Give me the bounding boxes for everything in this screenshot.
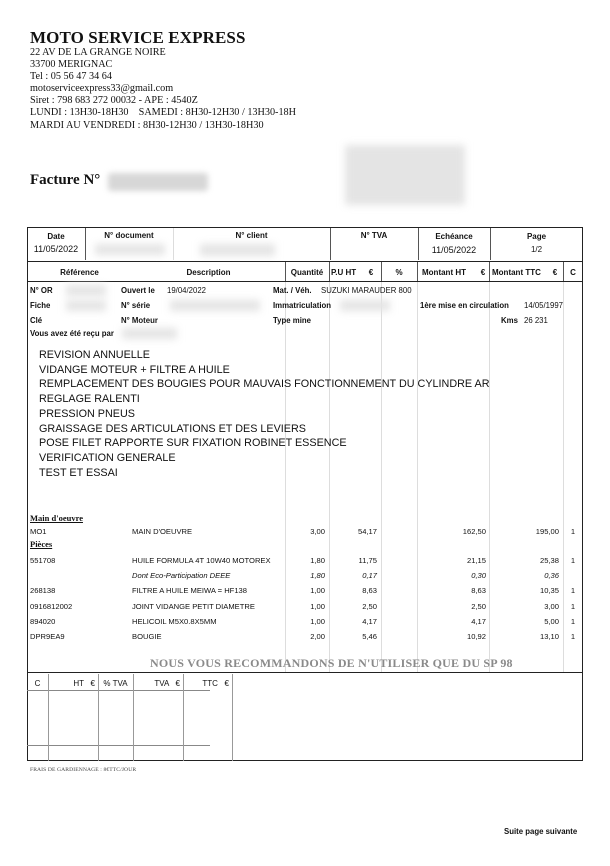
item-amount-ht: 4,17 (417, 617, 486, 626)
table-row: 551708HUILE FORMULA 4T 10W40 MOTOREX1,80… (0, 556, 610, 569)
item-quantity: 2,00 (285, 632, 325, 641)
item-c: 1 (563, 527, 583, 536)
item-amount-ttc: 3,00 (489, 602, 559, 611)
due-date-value: 11/05/2022 (418, 245, 490, 255)
item-quantity: 1,00 (285, 617, 325, 626)
item-unit-price: 5,46 (329, 632, 377, 641)
kms-value: 26 231 (524, 316, 548, 325)
item-quantity: 1,00 (285, 586, 325, 595)
item-c: 1 (563, 617, 583, 626)
redacted-registration (340, 300, 390, 311)
col-quantity: Quantité (285, 268, 329, 277)
type-mine-label: Type mine (273, 316, 311, 325)
sheet-label: Fiche (30, 301, 50, 310)
table-row: Dont Eco-Participation DEEE1,800,170,300… (0, 571, 610, 584)
company-name: MOTO SERVICE EXPRESS (30, 28, 246, 48)
work-line: PRESSION PNEUS (39, 407, 490, 422)
company-siret: Siret : 798 683 272 00032 - APE : 4540Z (30, 95, 296, 107)
opened-label: Ouvert le (121, 286, 155, 295)
item-c: 1 (563, 602, 583, 611)
item-description: FILTRE A HUILE MEIWA = HF138 (132, 586, 282, 595)
company-phone: Tel : 05 56 47 34 64 (30, 71, 296, 83)
item-unit-price: 2,50 (329, 602, 377, 611)
item-amount-ttc: 10,35 (489, 586, 559, 595)
item-reference: MO1 (30, 527, 120, 536)
or-number-label: N° OR (30, 286, 53, 295)
date-label: Date (27, 232, 85, 241)
totals-col-pct-tva: % TVA (98, 679, 133, 688)
col-percent: % (381, 268, 417, 277)
item-description: JOINT VIDANGE PETIT DIAMETRE (132, 602, 282, 611)
table-row: 268138FILTRE A HUILE MEIWA = HF1381,008,… (0, 586, 610, 599)
table-row: 0916812002JOINT VIDANGE PETIT DIAMETRE1,… (0, 602, 610, 615)
col-amount-ht-currency: € (478, 268, 488, 277)
totals-col-c: C (27, 679, 48, 688)
item-amount-ttc: 13,10 (489, 632, 559, 641)
document-number-label: N° document (85, 231, 173, 240)
work-line: REMPLACEMENT DES BOUGIES POUR MAUVAIS FO… (39, 377, 490, 392)
item-c: 1 (563, 556, 583, 565)
client-number-label: N° client (173, 231, 330, 240)
redacted-or-number (66, 285, 106, 296)
totals-col-ht: HT € (48, 679, 95, 688)
table-row: 894020HELICOIL M5X0.8X5MM1,004,174,175,0… (0, 617, 610, 630)
work-description: REVISION ANNUELLE VIDANGE MOTEUR + FILTR… (39, 348, 490, 480)
item-quantity: 1,00 (285, 602, 325, 611)
item-amount-ht: 162,50 (417, 527, 486, 536)
col-description: Description (132, 268, 285, 277)
item-unit-price: 11,75 (329, 556, 377, 565)
item-reference: 551708 (30, 556, 120, 565)
item-amount-ht: 2,50 (417, 602, 486, 611)
company-hours-1: LUNDI : 13H30-18H30 SAMEDI : 8H30-12H30 … (30, 107, 296, 119)
work-line: GRAISSAGE DES ARTICULATIONS ET DES LEVIE… (39, 422, 490, 437)
item-amount-ht: 8,63 (417, 586, 486, 595)
col-c: C (563, 268, 583, 277)
item-amount-ttc: 195,00 (489, 527, 559, 536)
col-amount-ttc: Montant TTC (492, 268, 550, 277)
redacted-invoice-number (108, 173, 208, 191)
registration-label: Immatriculation (273, 301, 331, 310)
col-amount-ttc-currency: € (550, 268, 560, 277)
redacted-customer-address (345, 145, 465, 205)
work-line: REGLAGE RALENTI (39, 392, 490, 407)
item-description: MAIN D'OEUVRE (132, 527, 282, 536)
item-amount-ht: 0,30 (417, 571, 486, 580)
item-quantity: 1,80 (285, 556, 325, 565)
item-reference: 894020 (30, 617, 120, 626)
item-description: Dont Eco-Participation DEEE (132, 571, 282, 580)
col-amount-ht: Montant HT (422, 268, 477, 277)
parts-section-title: Pièces (30, 539, 52, 549)
opened-value: 19/04/2022 (167, 286, 206, 295)
company-email: motoserviceexpress33@gmail.com (30, 83, 296, 95)
item-description: BOUGIE (132, 632, 282, 641)
item-amount-ttc: 25,38 (489, 556, 559, 565)
item-amount-ht: 10,92 (417, 632, 486, 641)
work-line: TEST ET ESSAI (39, 466, 490, 481)
totals-col-ttc: TTC € (183, 679, 229, 688)
work-line: VIDANGE MOTEUR + FILTRE A HUILE (39, 363, 490, 378)
item-amount-ht: 21,15 (417, 556, 486, 565)
item-description: HUILE FORMULA 4T 10W40 MOTOREX (132, 556, 282, 565)
item-reference: DPR9EA9 (30, 632, 120, 641)
col-unit-price-currency: € (364, 268, 378, 277)
redacted-document-number (95, 244, 165, 255)
table-row: MO1MAIN D'OEUVRE3,0054,17162,50195,001 (0, 527, 610, 540)
col-unit-price: P.U HT (331, 268, 361, 277)
fuel-recommendation: NOUS VOUS RECOMMANDONS DE N'UTILISER QUE… (150, 656, 513, 671)
storage-fee-note: FRAIS DE GARDIENNAGE : 8€TTC/JOUR (30, 767, 136, 773)
vehicle-value: SUZUKI MARAUDER 800 (321, 286, 412, 295)
item-description: HELICOIL M5X0.8X5MM (132, 617, 282, 626)
company-address-line1: 22 AV DE LA GRANGE NOIRE (30, 47, 296, 59)
vehicle-label: Mat. / Véh. (273, 286, 312, 295)
serial-number-label: N° série (121, 301, 150, 310)
labor-section-title: Main d'oeuvre (30, 513, 83, 523)
redacted-serial-number (170, 300, 260, 311)
item-quantity: 3,00 (285, 527, 325, 536)
vat-number-label: N° TVA (330, 231, 418, 240)
item-reference: 0916812002 (30, 602, 120, 611)
work-line: POSE FILET RAPPORTE SUR FIXATION ROBINET… (39, 436, 490, 451)
page-label: Page (490, 232, 583, 241)
totals-col-tva: TVA € (133, 679, 180, 688)
item-reference: 268138 (30, 586, 120, 595)
col-reference: Référence (27, 268, 132, 277)
item-unit-price: 0,17 (329, 571, 377, 580)
invoice-title: Facture N° (30, 172, 100, 189)
due-date-label: Echéance (418, 232, 490, 241)
item-amount-ttc: 5,00 (489, 617, 559, 626)
company-info: 22 AV DE LA GRANGE NOIRE 33700 MERIGNAC … (30, 47, 296, 132)
page-value: 1/2 (490, 245, 583, 254)
engine-number-label: N° Moteur (121, 316, 158, 325)
company-address-line2: 33700 MERIGNAC (30, 59, 296, 71)
company-hours-2: MARDI AU VENDREDI : 8H30-12H30 / 13H30-1… (30, 120, 296, 132)
item-c: 1 (563, 586, 583, 595)
item-unit-price: 8,63 (329, 586, 377, 595)
received-by-label: Vous avez été reçu par (30, 329, 114, 338)
first-circulation-value: 14/05/1997 (524, 301, 563, 310)
item-amount-ttc: 0,36 (489, 571, 559, 580)
redacted-received-by (122, 328, 177, 339)
key-label: Clé (30, 316, 42, 325)
item-quantity: 1,80 (285, 571, 325, 580)
date-value: 11/05/2022 (27, 244, 85, 254)
work-line: REVISION ANNUELLE (39, 348, 490, 363)
item-unit-price: 4,17 (329, 617, 377, 626)
table-row: DPR9EA9BOUGIE2,005,4610,9213,101 (0, 632, 610, 645)
item-c: 1 (563, 632, 583, 641)
first-circulation-label: 1ère mise en circulation (420, 301, 509, 310)
continued-next-page: Suite page suivante (504, 827, 577, 836)
item-unit-price: 54,17 (329, 527, 377, 536)
kms-label: Kms (501, 316, 518, 325)
redacted-sheet (66, 300, 106, 311)
work-line: VERIFICATION GENERALE (39, 451, 490, 466)
redacted-client-number (200, 244, 275, 256)
